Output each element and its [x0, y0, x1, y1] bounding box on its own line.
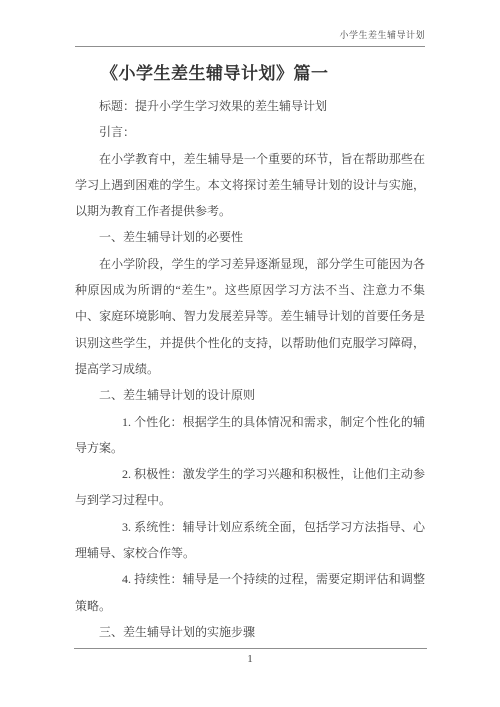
list-item-2: 2. 积极性：激发学生的学习兴趣和积极性，让他们主动参与到学习过程中。: [75, 461, 425, 514]
para-intro-label: 引言：: [75, 119, 425, 145]
list-item-4: 4. 持续性：辅导是一个持续的过程，需要定期评估和调整策略。: [75, 566, 425, 619]
para-section-1: 在小学阶段，学生的学习差异逐渐显现，部分学生可能因为各种原因成为所谓的“差生”。…: [75, 251, 425, 382]
list-item-1: 1. 个性化：根据学生的具体情况和需求，制定个性化的辅导方案。: [75, 409, 425, 462]
heading-section-2: 二、差生辅导计划的设计原则: [75, 382, 425, 408]
document-page: 小学生差生辅导计划 《小学生差生辅导计划》篇一 标题：提升小学生学习效果的差生辅…: [0, 0, 500, 707]
heading-section-3: 三、差生辅导计划的实施步骤: [75, 619, 425, 645]
footer-rule: [74, 648, 427, 649]
para-doc-subtitle: 标题：提升小学生学习效果的差生辅导计划: [75, 93, 425, 119]
heading-section-1: 一、差生辅导计划的必要性: [75, 224, 425, 250]
para-introduction: 在小学教育中，差生辅导是一个重要的环节，旨在帮助那些在学习上遇到困难的学生。本文…: [75, 146, 425, 225]
running-header: 小学生差生辅导计划: [75, 0, 425, 41]
document-body: 标题：提升小学生学习效果的差生辅导计划 引言： 在小学教育中，差生辅导是一个重要…: [75, 93, 425, 645]
document-title: 《小学生差生辅导计划》篇一: [75, 63, 425, 85]
page-number: 1: [0, 652, 500, 666]
list-item-3: 3. 系统性：辅导计划应系统全面，包括学习方法指导、心理辅导、家校合作等。: [75, 514, 425, 567]
header-rule: [75, 46, 425, 47]
